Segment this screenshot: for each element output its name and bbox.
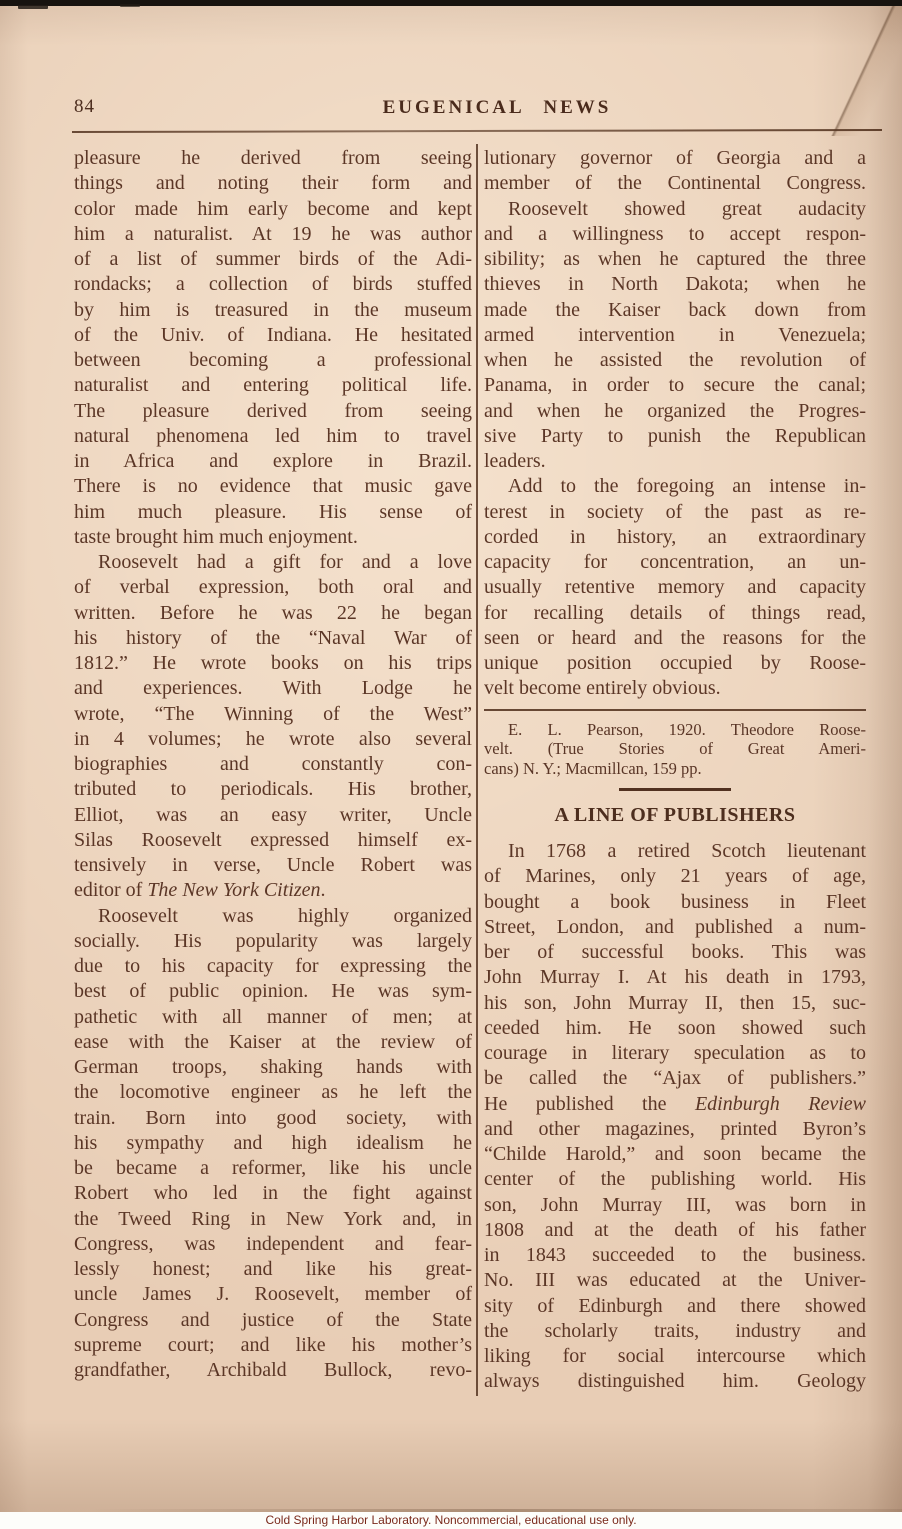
- text-line: Panama, in order to secure the canal;: [484, 373, 866, 398]
- text-line: The pleasure derived from seeing: [74, 399, 472, 424]
- text-line: always distinguished him. Geology: [484, 1369, 866, 1394]
- section-divider-rule: [619, 788, 731, 791]
- text-line: Street, London, and published a num-: [484, 915, 866, 940]
- text-line: unique position occupied by Roose-: [484, 651, 866, 676]
- text-line: best of public opinion. He was sym-: [74, 979, 472, 1004]
- text-line: cans) N. Y.; Macmillcan, 159 pp.: [484, 759, 866, 779]
- text-line: German troops, shaking hands with: [74, 1055, 472, 1080]
- text-line: of the Univ. of Indiana. He hesitated: [74, 323, 472, 348]
- text-line: color made him early become and kept: [74, 197, 472, 222]
- text-line: be became a reformer, like his uncle: [74, 1156, 472, 1181]
- text-line: Congress and justice of the State: [74, 1308, 472, 1333]
- text-line: Elliot, was an easy writer, Uncle: [74, 803, 472, 828]
- text-line: lessly honest; and like his great-: [74, 1257, 472, 1282]
- text-line: “Childe Harold,” and soon became the: [484, 1142, 866, 1167]
- text-line: 1812.” He wrote books on his trips: [74, 651, 472, 676]
- text-line: No. III was educated at the Univer-: [484, 1268, 866, 1293]
- text-line: his sympathy and high idealism he: [74, 1131, 472, 1156]
- text-line: and other magazines, printed Byron’s: [484, 1117, 866, 1142]
- text-line: biographies and constantly con-: [74, 752, 472, 777]
- text-line: tensively in verse, Uncle Robert was: [74, 853, 472, 878]
- text-line: ease with the Kaiser at the review of: [74, 1030, 472, 1055]
- text-line: Congress, was independent and fear-: [74, 1232, 472, 1257]
- text-line: leaders.: [484, 449, 866, 474]
- text-line: in Africa and explore in Brazil.: [74, 449, 472, 474]
- text-line: armed intervention in Venezuela;: [484, 323, 866, 348]
- text-line: between becoming a professional: [74, 348, 472, 373]
- text-line: him much pleasure. His sense of: [74, 500, 472, 525]
- text-line: things and noting their form and: [74, 171, 472, 196]
- text-line: for recalling details of things read,: [484, 601, 866, 626]
- text-line: and a willingness to accept respon-: [484, 222, 866, 247]
- text-line: when he assisted the revolution of: [484, 348, 866, 373]
- column-divider-rule: [476, 144, 478, 1396]
- document-page: 84 EUGENICAL NEWS pleasure he derived fr…: [0, 0, 902, 1529]
- page-number: 84: [74, 96, 95, 118]
- text-line: wrote, “The Winning of the West”: [74, 702, 472, 727]
- text-line: of a list of summer birds of the Adi-: [74, 247, 472, 272]
- text-line: sive Party to punish the Republican: [484, 424, 866, 449]
- text-line: naturalist and entering political life.: [74, 373, 472, 398]
- page-corner-crease: [824, 6, 902, 136]
- text-line: tributed to periodicals. His brother,: [74, 777, 472, 802]
- text-line: John Murray I. At his death in 1793,: [484, 965, 866, 990]
- text-line: be called the “Ajax of publishers.”: [484, 1066, 866, 1091]
- text-line: Roosevelt had a gift for and a love: [74, 550, 472, 575]
- text-line: velt. (True Stories of Great Ameri-: [484, 739, 866, 759]
- text-line: corded in history, an extraordinary: [484, 525, 866, 550]
- text-line: usually retentive memory and capacity: [484, 575, 866, 600]
- text-line: In 1768 a retired Scotch lieutenant: [484, 839, 866, 864]
- article-text-publishers: In 1768 a retired Scotch lieutenantof Ma…: [484, 839, 866, 1395]
- scan-edge-artifact: [18, 5, 48, 9]
- text-line: him a naturalist. At 19 he was author: [74, 222, 472, 247]
- text-line: Roosevelt showed great audacity: [484, 197, 866, 222]
- text-line: grandfather, Archibald Bullock, revo-: [74, 1358, 472, 1383]
- text-line: velt become entirely obvious.: [484, 676, 866, 701]
- text-line: member of the Continental Congress.: [484, 171, 866, 196]
- text-line: and experiences. With Lodge he: [74, 676, 472, 701]
- text-line: Roosevelt was highly organized: [74, 904, 472, 929]
- text-line: courage in literary speculation as to: [484, 1041, 866, 1066]
- text-line: He published the Edinburgh Review: [484, 1092, 866, 1117]
- text-line: and when he organized the Progres-: [484, 399, 866, 424]
- text-line: sity of Edinburgh and there showed: [484, 1294, 866, 1319]
- text-line: seen or heard and the reasons for the: [484, 626, 866, 651]
- text-line: bought a book business in Fleet: [484, 890, 866, 915]
- text-line: uncle James J. Roosevelt, member of: [74, 1282, 472, 1307]
- text-line: son, John Murray III, was born in: [484, 1193, 866, 1218]
- text-line: written. Before he was 22 he began: [74, 601, 472, 626]
- journal-title: EUGENICAL NEWS: [292, 97, 702, 119]
- text-line: ber of successful books. This was: [484, 940, 866, 965]
- text-line: pathetic with all manner of men; at: [74, 1005, 472, 1030]
- text-line: center of the publishing world. His: [484, 1167, 866, 1192]
- left-column: pleasure he derived from seeingthings an…: [74, 146, 472, 1383]
- text-line: taste brought him much enjoyment.: [74, 525, 472, 550]
- text-line: made the Kaiser back down from: [484, 298, 866, 323]
- footer-credit: Cold Spring Harbor Laboratory. Noncommer…: [265, 1512, 636, 1529]
- article-text-roosevelt: lutionary governor of Georgia and amembe…: [484, 146, 866, 702]
- text-line: the scholarly traits, industry and: [484, 1319, 866, 1344]
- text-line: of Marines, only 21 years of age,: [484, 864, 866, 889]
- text-line: lutionary governor of Georgia and a: [484, 146, 866, 171]
- text-line: 1808 and at the death of his father: [484, 1218, 866, 1243]
- text-line: editor of The New York Citizen.: [74, 878, 472, 903]
- text-line: capacity for concentration, an un-: [484, 550, 866, 575]
- text-line: pleasure he derived from seeing: [74, 146, 472, 171]
- right-column: lutionary governor of Georgia and amembe…: [484, 146, 866, 1395]
- text-line: the Tweed Ring in New York and, in: [74, 1207, 472, 1232]
- text-line: Silas Roosevelt expressed himself ex-: [74, 828, 472, 853]
- text-line: Robert who led in the fight against: [74, 1181, 472, 1206]
- header-rule: [72, 129, 882, 133]
- text-line: by him is treasured in the museum: [74, 298, 472, 323]
- text-line: rondacks; a collection of birds stuffed: [74, 272, 472, 297]
- text-line: There is no evidence that music gave: [74, 474, 472, 499]
- text-line: in 4 volumes; he wrote also several: [74, 727, 472, 752]
- footer-strip: Cold Spring Harbor Laboratory. Noncommer…: [0, 1512, 902, 1529]
- scan-edge-artifact: [120, 4, 140, 7]
- text-line: ceeded him. He soon showed such: [484, 1016, 866, 1041]
- text-line: of verbal expression, both oral and: [74, 575, 472, 600]
- text-line: his son, John Murray II, then 15, suc-: [484, 991, 866, 1016]
- text-line: the locomotive engineer as he left the: [74, 1080, 472, 1105]
- text-line: train. Born into good society, with: [74, 1106, 472, 1131]
- text-line: in 1843 succeeded to the business.: [484, 1243, 866, 1268]
- citation-block: E. L. Pearson, 1920. Theodore Roose-velt…: [484, 720, 866, 779]
- text-line: sibility; as when he captured the three: [484, 247, 866, 272]
- text-line: supreme court; and like his mother’s: [74, 1333, 472, 1358]
- text-line: Add to the foregoing an intense in-: [484, 474, 866, 499]
- text-line: thieves in North Dakota; when he: [484, 272, 866, 297]
- text-line: socially. His popularity was largely: [74, 929, 472, 954]
- text-line: natural phenomena led him to travel: [74, 424, 472, 449]
- text-line: E. L. Pearson, 1920. Theodore Roose-: [484, 720, 866, 740]
- text-line: his history of the “Naval War of: [74, 626, 472, 651]
- article-heading: A LINE OF PUBLISHERS: [484, 803, 866, 827]
- text-line: terest in society of the past as re-: [484, 500, 866, 525]
- citation-rule: [484, 709, 866, 711]
- text-line: liking for social intercourse which: [484, 1344, 866, 1369]
- text-line: due to his capacity for expressing the: [74, 954, 472, 979]
